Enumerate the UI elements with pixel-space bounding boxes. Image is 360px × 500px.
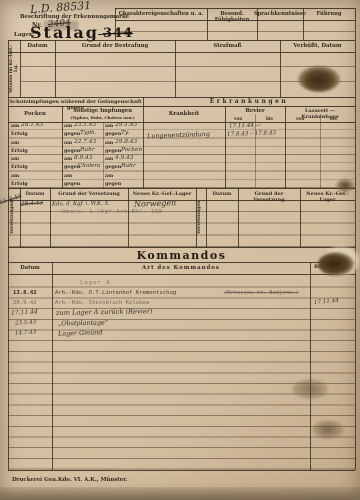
rule-line [320,114,321,188]
illnesses-title: Erkrankungen [144,98,354,105]
vacc-r5b-prefix: am [105,156,113,162]
vacc-r7a-prefix: am [64,173,72,179]
rule-line [8,274,355,275]
punishments-col-verbuesst: Verbüßt, Datum [281,43,354,49]
vacc-r8a-prefix: gegen [64,181,80,187]
vacc-r1-value: 28.1.43 [21,122,43,128]
vacc-r7b-prefix: am [105,173,113,179]
vaccinations-col-other: Sonstige Impfungen [63,108,142,114]
rule-line [115,8,355,9]
torn-hole-damage [318,252,354,276]
vaccinations-col-other-sub: (Typhus, Ruhr, Cholera usw.) [63,115,142,120]
vacc-r3b-prefix: am [105,140,113,146]
vacc-r4-label: Erfolg [11,148,28,154]
vacc-r2a-prefix: gegen [64,131,80,137]
stain-smudge-2 [312,420,344,439]
scan-bottom-edge [0,487,360,500]
rule-line [62,106,63,188]
illness-revier-entry-1: 17.11.44 — [229,122,261,129]
tag-inscription-label: Beschriftung der Erkennungsmarke [20,14,129,20]
vacc-r3b-value: 29.8.43 [115,139,137,145]
vacc-r7-label: am [11,173,19,179]
rule-line [103,122,104,188]
kdo-r1-note: /Dressjow od. Budjonn./ [224,290,299,296]
hole-punch-damage [298,66,340,92]
vacc-r3a-prefix: am [64,140,72,146]
vacc-r5a-value: 8.9.43 [74,155,92,161]
traits-col-character: Charaktereigenschaften u. a. [116,11,206,17]
vacc-r6b-prefix: gegen [105,164,121,170]
lazarett-bis-label: bis [330,116,337,121]
rule-line [115,31,355,32]
traits-col-languages: Sprachkenntnisse [258,11,302,17]
vacc-r1a-value: 23.1.43 [74,122,96,128]
vacc-r2b-value: Ty. [121,130,129,136]
vacc-r2b-prefix: gegen [105,131,121,137]
vacc-r8-label: Erfolg [11,181,28,187]
rule-line [143,97,144,188]
vacc-r6-label: Erfolg [11,164,28,170]
transfers-r-col-neues: Neues Kr.-Gef.-Lager [301,191,354,203]
pow-record-card: L.D. 88531 Beschriftung der Erkennungsma… [0,0,360,500]
lazarett-von-label: von [296,116,304,121]
revier-von-label: von [234,116,242,121]
vacc-r5a-prefix: am [64,156,72,162]
punishments-col-datum: Datum [21,43,54,49]
transfers-l-col-grund: Grund der Versetzung [51,191,127,197]
rule-line [8,188,355,189]
ink-smudge [336,179,354,192]
rule-line [8,262,355,263]
punishments-side-label: Strafen im Kr.-Gef.-Lg. [9,41,19,96]
transfer-r1-unit-stamp: Oberu. 1./Kgf.Arb.Btl. 188 [62,209,163,215]
rule-line [52,262,53,470]
vacc-r1a-prefix: am [64,123,72,129]
vacc-r4b-value: Pocken [121,147,142,153]
vacc-r4a-value: Ruhr [80,147,95,153]
transfers-side-label-right: Versetzungen [197,189,202,246]
vacc-r3a-value: 22.7.43 [74,139,96,145]
kommandos-col-datum: Datum [9,265,51,271]
transfer-r1-grund: Kdo. d. Kgf. i. W.K. X. [52,200,110,207]
rule-line [355,8,356,470]
kdo-r1-date: 13.8.42 [13,290,37,296]
rule-line [8,247,355,248]
kommandos-lager-stamp: Lager A [80,280,111,286]
punishments-col-grund: Grund der Bestrafung [56,43,174,49]
vaccinations-col-pocken: Pocken [9,111,61,117]
kdo-r2-date: 20.9.42 [13,300,37,306]
vacc-r2-label: Erfolg [11,131,28,137]
kdo-r3-text: zum Lager A zurück (Revier) [56,307,153,317]
stain-smudge-1 [292,379,328,399]
vacc-r6a-value: Cholera [78,163,100,169]
vacc-r6b-value: Ruhr [121,163,136,169]
printer-imprint: Druckerei Gen.Kdo. VI. A.K., Münster. [12,477,127,483]
vacc-r1b-value: 29.1.43 [115,122,137,128]
vacc-r8b-prefix: gegen [105,181,121,187]
illnesses-col-krankheit: Krankheit [144,111,224,117]
transfers-l-col-datum: Datum [21,191,49,197]
transfers-l-col-neues: Neues Kr.-Gef.-Lager [129,191,195,197]
revier-bis-label: bis [266,116,273,121]
rule-line [8,40,355,41]
punishments-col-strafmass: Strafmaß [176,43,279,49]
vacc-r1b-prefix: am [105,123,113,129]
vacc-r3-label: am [11,140,19,146]
vacc-r5b-value: 4.9.43 [115,155,133,161]
kommandos-title: Kommandos [8,249,355,262]
kdo-r3-date: 17.11.44 [11,308,38,316]
rule-line [8,470,355,471]
transfer-r1-neues: Norwegen [134,198,177,208]
traits-col-conduct: Führung [304,11,354,17]
vacc-r4b-prefix: gegen [105,148,121,154]
kdo-r4-text: „Obstplantage“ [58,319,108,328]
vacc-r5-label: am [11,156,19,162]
kdo-r2-text: Arb.-Kdo. Steinbruch Kelubew [55,300,149,306]
vacc-r4a-prefix: gegen [64,148,80,154]
rule-line [225,106,226,188]
kdo-r5-text: Lager Gmünd [58,328,103,338]
vacc-r2a-value: Typh. [80,130,96,136]
vacc-r1-label: am [11,123,19,129]
transfers-r-col-datum: Datum [207,191,237,197]
kdo-r1-text: Arb.-Kdo. O.T.Lintenhof Krementschug [55,290,176,296]
rule-line [310,262,311,470]
transfers-r-col-grund: Grund der Versetzung [239,191,299,203]
kommandos-col-art: Art des Kommandos [53,265,309,271]
traits-col-abilities: Besond. Fähigkeiten [208,11,256,23]
rule-line [285,106,286,188]
